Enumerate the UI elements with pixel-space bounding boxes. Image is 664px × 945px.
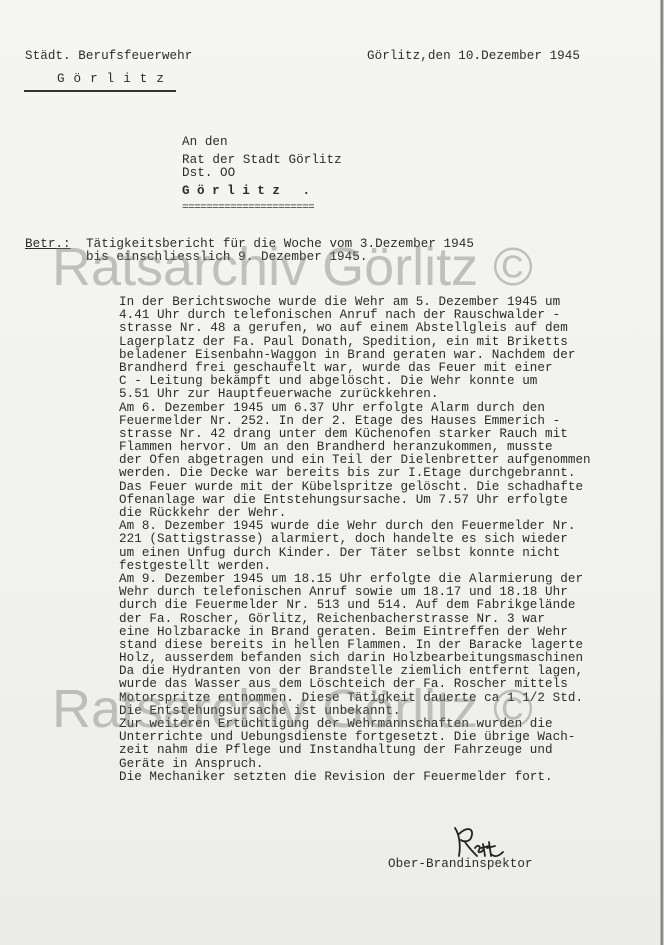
body-line: beladener Eisenbahn-Waggon in Brand gera…	[119, 349, 664, 362]
body-line: Geräte in Anspruch.	[119, 758, 664, 771]
body-line: Feuermelder Nr. 252. In der 2. Etage des…	[119, 415, 664, 428]
body-line: Am 6. Dezember 1945 um 6.37 Uhr erfolgte…	[119, 402, 664, 415]
handwritten-signature	[445, 822, 505, 862]
recipient-city: Görlitz .	[182, 185, 318, 198]
body-line: eine Holzbaracke in Brand geraten. Beim …	[119, 626, 664, 639]
body-line: 5.51 Uhr zur Hauptfeuerwache zurückkehre…	[119, 388, 664, 401]
page-edge	[660, 0, 664, 945]
document-page: Städt. Berufsfeuerwehr Görlitz Görlitz,d…	[0, 0, 660, 945]
body-line: strasse Nr. 48 a gerufen, wo auf einem A…	[119, 322, 664, 335]
body-line: wurde das Wasser aus dem Löschteich der …	[119, 678, 664, 691]
body-line: Die Mechaniker setzten die Revision der …	[119, 771, 664, 784]
signatory-title: Ober-Brandinspektor	[388, 858, 533, 871]
body-line: werden. Die Decke war bereits bis zur I.…	[119, 467, 664, 480]
recipient-rule: ======================	[182, 202, 314, 215]
subject-line: bis einschliesslich 9. Dezember 1945.	[86, 251, 367, 264]
report-body: In der Berichtswoche wurde die Wehr am 5…	[119, 296, 664, 784]
body-line: zeit nahm die Pflege und Instandhaltung …	[119, 744, 664, 757]
body-line: 221 (Sattigstrasse) alarmiert, doch hand…	[119, 533, 664, 546]
sender-city: Görlitz	[57, 73, 173, 86]
recipient-line: Dst. OO	[182, 167, 235, 180]
body-line: Das Feuer wurde mit der Kübelspritze gel…	[119, 481, 664, 494]
body-line: festgestellt werden.	[119, 560, 664, 573]
recipient-line: An den	[182, 136, 228, 149]
sender-name: Städt. Berufsfeuerwehr	[25, 50, 192, 63]
body-line: um einen Unfug durch Kinder. Der Täter s…	[119, 547, 664, 560]
body-line: durch die Feuermelder Nr. 513 und 514. A…	[119, 599, 664, 612]
body-line: Motorspritze entnommen. Diese Tätigkeit …	[119, 692, 664, 705]
body-line: Lagerplatz der Fa. Paul Donath, Speditio…	[119, 336, 664, 349]
date-line: Görlitz,den 10.Dezember 1945	[367, 50, 580, 63]
body-line: der Fa. Roscher, Görlitz, Reichenbachers…	[119, 613, 664, 626]
sender-underline	[24, 90, 176, 92]
subject-label: Betr.:	[25, 238, 71, 251]
